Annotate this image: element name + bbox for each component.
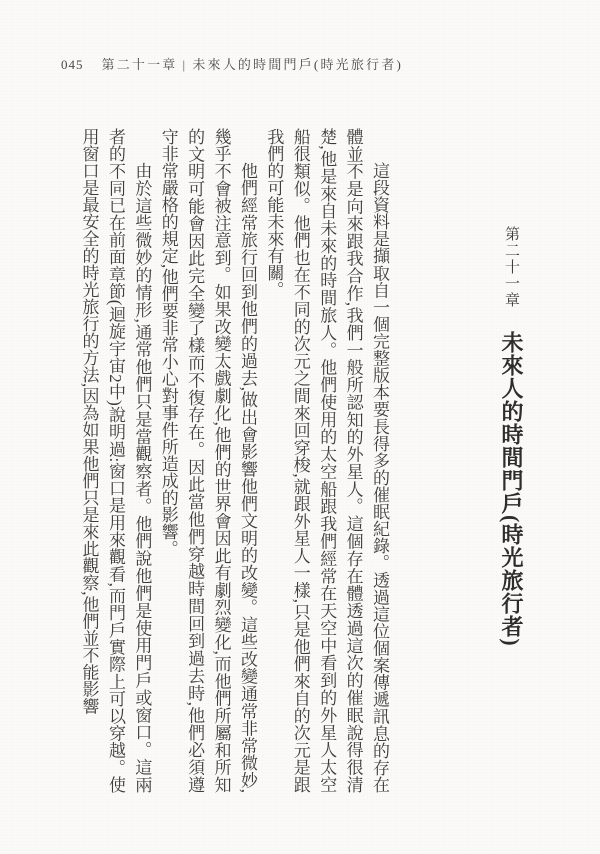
- chapter-heading: 第二十一章 未來人的時間門戶(時光旅行者): [498, 226, 524, 646]
- book-page: 045第二十一章|未來人的時間門戶(時光旅行者) 第二十一章 未來人的時間門戶(…: [0, 0, 600, 854]
- chapter-title: 未來人的時間門戶(時光旅行者): [499, 331, 524, 647]
- header-separator: |: [183, 57, 188, 72]
- running-header: 045第二十一章|未來人的時間門戶(時光旅行者): [61, 54, 403, 73]
- header-chapter-label: 第二十一章: [102, 57, 178, 72]
- page-number: 045: [61, 57, 84, 72]
- header-chapter-title: 未來人的時間門戶(時光旅行者): [192, 57, 403, 72]
- paragraph-3: 由於這些微妙的情形,通常他們只是當觀察者。他們說他們是使用門戶或窗口。這兩者的不…: [75, 128, 154, 793]
- paragraph-2: 他們經常旅行回到他們的過去,做出會影響他們文明的改變。這些改變通常非常微妙,幾乎…: [154, 128, 260, 793]
- chapter-number: 第二十一章: [503, 226, 519, 309]
- paragraph-1: 這段資料是擷取自一個完整版本要長得多的催眠紀錄。透過這位個案傳遞訊息的存在體並不…: [260, 128, 392, 793]
- body-text: 這段資料是擷取自一個完整版本要長得多的催眠紀錄。透過這位個案傳遞訊息的存在體並不…: [75, 128, 392, 793]
